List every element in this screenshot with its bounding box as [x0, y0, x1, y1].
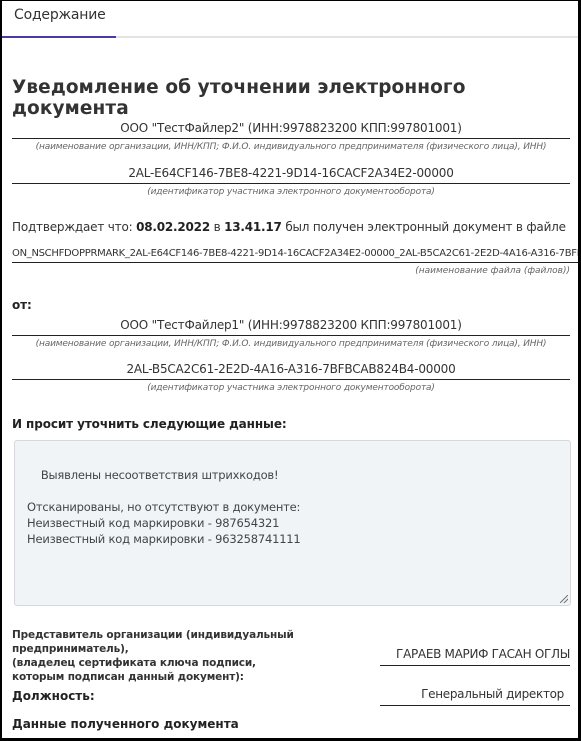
resize-handle-icon[interactable]	[560, 595, 568, 603]
position-label: Должность:	[12, 689, 95, 703]
sender-id: 2AL-B5CA2C61-2E2D-4A16-A316-7BFBCAB824B4…	[12, 360, 570, 380]
confirm-date: 08.02.2022	[136, 220, 210, 234]
recipient-id-hint: (идентификатор участника электронного до…	[12, 187, 570, 197]
confirm-time: 13.41.17	[224, 220, 282, 234]
tab-bar: Содержание	[2, 1, 578, 38]
confirm-in: в	[210, 220, 224, 234]
representative-label: Представитель организации (индивидуальны…	[12, 628, 312, 684]
recipient-org-hint: (наименование организации, ИНН/КПП; Ф.И.…	[12, 142, 570, 152]
file-name: ON_NSCHFDOPPRMARK_2AL-E64CF146-7BE8-4221…	[12, 246, 581, 263]
confirm-suffix: был получен электронный документ в файле	[282, 220, 566, 234]
confirm-prefix: Подтверждает что:	[12, 220, 136, 234]
page-title: Уведомление об уточнении электронного до…	[12, 77, 578, 119]
sender-org-hint: (наименование организации, ИНН/КПП; Ф.И.…	[12, 339, 570, 349]
representative-value: ГАРАЕВ МАРИФ ГАСАН ОГЛЫ	[380, 647, 570, 666]
request-textarea[interactable]: Выявлены несоответствия штрихкодов! Отск…	[14, 440, 571, 606]
sender-id-hint: (идентификатор участника электронного до…	[12, 383, 570, 393]
tab-contents[interactable]: Содержание	[2, 1, 116, 38]
recipient-org: ООО "ТестФайлер2" (ИНН:9978823200 КПП:99…	[12, 119, 570, 139]
request-label: И просит уточнить следующие данные:	[12, 417, 287, 431]
confirmation-text: Подтверждает что: 08.02.2022 в 13.41.17 …	[12, 220, 566, 234]
recipient-id: 2AL-E64CF146-7BE8-4221-9D14-16CACF2A34E2…	[12, 164, 570, 184]
from-label: от:	[12, 298, 32, 312]
request-text: Выявлены несоответствия штрихкодов! Отск…	[27, 468, 301, 546]
sender-org: ООО "ТестФайлер1" (ИНН:9978823200 КПП:99…	[12, 316, 570, 336]
document-viewer: Содержание Уведомление об уточнении элек…	[0, 0, 581, 741]
received-document-heading: Данные полученного документа	[12, 717, 239, 731]
position-value: Генеральный директор	[380, 687, 570, 706]
file-name-hint: (наименование файла (файлов))	[415, 266, 570, 276]
